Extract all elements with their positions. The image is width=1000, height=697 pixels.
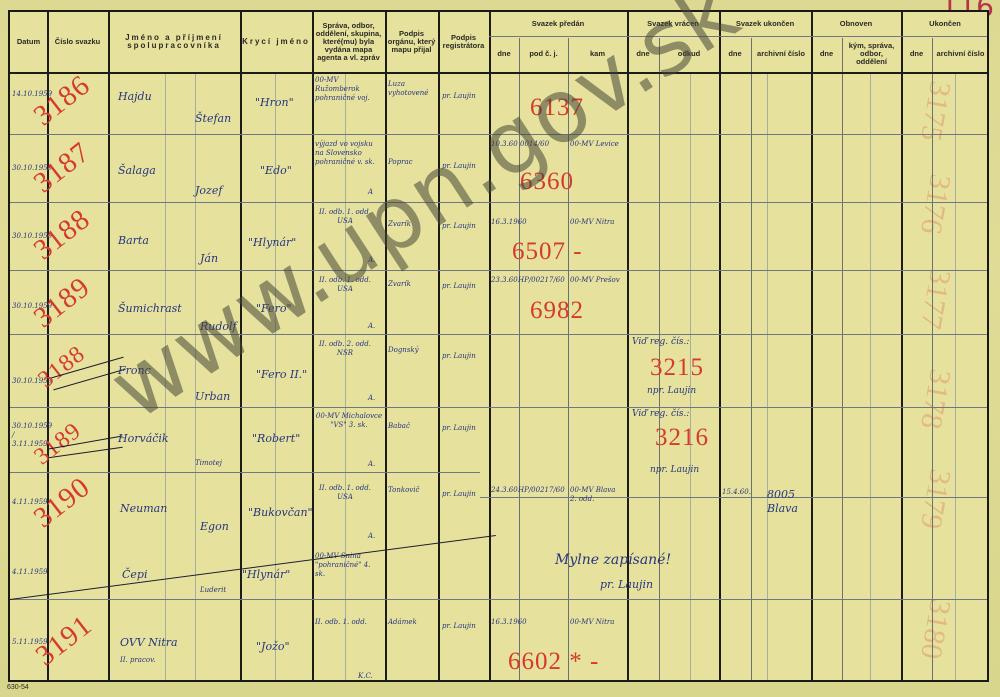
row-meno: Ján: [200, 252, 218, 265]
row-vracen-note: Viď reg. čís.:: [632, 338, 689, 347]
row-ukoncen-archiv: 8005 Blava: [767, 488, 807, 516]
row-registrator: pr. Laujin: [442, 424, 482, 433]
row-meno: II. pracov.: [120, 656, 155, 665]
header-obnoven-kym: kým, správa, odbor, oddělení: [842, 36, 901, 72]
row-registrator: pr. Laujin: [442, 282, 482, 291]
row-predan-dne: 16.3.1960: [491, 618, 517, 627]
row-sprava-mark: A.: [368, 532, 375, 541]
header-kryci-jmeno: Krycí jméno: [240, 12, 312, 72]
row-sprava-mark: A.: [368, 322, 375, 331]
row-sprava: 00-MV Michalovce "VS" 3. sk.: [315, 412, 383, 430]
row-meno: Egon: [200, 520, 229, 533]
row-prijmeni: Hajdu: [118, 90, 152, 103]
row-kryci: "Hron": [255, 96, 294, 109]
row-predan-kam: 00-MV Nitra: [570, 618, 620, 627]
header-ukoncen2-archivni-cislo: archivní číslo: [932, 36, 989, 72]
row-podpis-organu: Babač: [388, 422, 410, 431]
bleed-through-stamp: 3178: [913, 367, 957, 432]
row-predan-cj: HP/00217/60: [518, 276, 565, 285]
bleed-through-stamp: 3180: [913, 597, 957, 662]
row-sprava: 00-MV Snina "pohraničné" 4. sk.: [315, 552, 381, 579]
row-podpis-organu: Adámek: [388, 618, 417, 627]
cancellation-line: [10, 535, 496, 600]
row-predan-kam: 00-MV Blava 2. odd.: [570, 486, 620, 504]
row-kryci: "Fero II.": [256, 368, 307, 381]
row-podpis-organu: Dognský: [388, 346, 419, 355]
row-ukoncen-dne: 15.4.60.: [722, 488, 744, 497]
header-obnoven: Obnoven: [811, 12, 901, 36]
row-podpis-organu: Tonkovič: [388, 486, 419, 495]
form-number: 630-54: [7, 684, 29, 691]
row-sprava: výjazd vo vojsku na Slovensko pohraničné…: [315, 140, 383, 167]
row-prijmeni: Čepi: [122, 568, 148, 581]
header-ukoncen-archivni-cislo: archivní číslo: [751, 36, 811, 72]
row-sprava: II. odb. 2. odd. NSR: [315, 340, 375, 358]
row-prijmeni: Horváčik: [118, 432, 169, 445]
bleed-through-stamp: 3176: [913, 172, 957, 237]
row-meno: Ľuderit: [200, 586, 226, 595]
row-predan-stamp: 6602 * -: [508, 648, 599, 676]
row-cislo-stamp: 3189: [28, 271, 97, 335]
row-predan-stamp: 6982: [530, 297, 584, 325]
header-ukoncen2-dne: dne: [901, 36, 932, 72]
row-cislo-stamp: 3187: [28, 136, 97, 200]
row-vracen-stamp: 3215: [650, 354, 704, 382]
row-sprava-mark: A.: [368, 394, 375, 403]
row-sprava: 00-MV Ružomberok pohraničné voj.: [315, 76, 383, 103]
header-jmeno: Jméno a příjmení spolupracovníka: [108, 12, 240, 72]
header-obnoven-dne: dne: [811, 36, 842, 72]
scanned-page: 116 3175 3176 3177 3178 3179 3180: [0, 0, 1000, 697]
row-vracen-sign: npr. Laujin: [650, 466, 699, 475]
row-predan-dne: 16.3.1960: [491, 218, 517, 227]
row-sprava-mark: A.: [368, 460, 375, 469]
row-sprava: II. odb. 1. odd.: [315, 618, 367, 627]
row-cancel-sign: pr. Laujin: [600, 578, 653, 591]
header-predan-dne: dne: [489, 36, 519, 72]
header-datum: Datum: [10, 12, 47, 72]
row-datum: 4.11.1959: [12, 568, 48, 577]
row-vracen-note: Viď reg. čís.:: [632, 410, 689, 419]
row-predan-cj: HP/00217/60: [518, 486, 565, 495]
row-prijmeni: Šalaga: [118, 164, 156, 177]
row-vracen-sign: npr. Laujin: [647, 387, 696, 396]
header-cislo-svazku: Číslo svazku: [47, 12, 108, 72]
header-podpis-registratora: Podpis registrátora: [438, 12, 489, 72]
bleed-through-stamp: 3177: [913, 267, 957, 332]
row-cancel-note: Mylne zapísané!: [555, 552, 671, 568]
row-predan-kam: 00-MV Prešov: [570, 276, 620, 285]
row-prijmeni: Neuman: [120, 502, 167, 515]
row-predan-stamp: 6507 -: [512, 238, 583, 266]
row-kryci: "Edo": [260, 164, 292, 177]
row-predan-dne: 23.3.60: [491, 276, 518, 285]
row-predan-kam: 00-MV Nitra: [570, 218, 625, 227]
row-sprava: II. odb. 1. odd. USA: [315, 484, 375, 502]
row-meno: Jozef: [195, 184, 222, 197]
row-registrator: pr. Laujin: [442, 92, 482, 101]
header-ukoncen: Ukončen: [901, 12, 989, 36]
row-sprava-mark: K.C.: [358, 672, 373, 681]
row-meno: Štefan: [195, 112, 231, 125]
row-vracen-stamp: 3216: [655, 424, 709, 452]
row-kryci: "Robert": [252, 432, 300, 445]
row-cislo-stamp: 3186: [28, 69, 97, 133]
row-cislo-stamp: 3188: [28, 203, 97, 267]
row-kryci: "Bukovčan": [248, 506, 313, 519]
row-registrator: pr. Laujin: [442, 490, 482, 499]
row-predan-dne: 24.3.60: [491, 486, 518, 495]
row-cislo-stamp: 3190: [28, 471, 97, 535]
row-registrator: pr. Laujin: [442, 622, 482, 631]
header-podpis-organu: Podpis orgánu, který mapu přijal: [385, 12, 438, 72]
row-meno: Timotej: [195, 459, 222, 468]
row-prijmeni: Barta: [118, 234, 149, 247]
row-cislo-stamp: 3191: [30, 609, 99, 673]
header-sprava: Správa, odbor, oddělení, skupina, které(…: [312, 12, 385, 72]
row-podpis-organu: Luza vyhotovené: [388, 80, 436, 98]
bleed-through-stamp: 3179: [913, 467, 957, 532]
row-registrator: pr. Laujin: [442, 352, 482, 361]
row-kryci: "Jožo": [256, 640, 290, 653]
row-prijmeni: OVV Nitra: [120, 636, 178, 649]
row-kryci: "Hlynár": [242, 568, 290, 581]
